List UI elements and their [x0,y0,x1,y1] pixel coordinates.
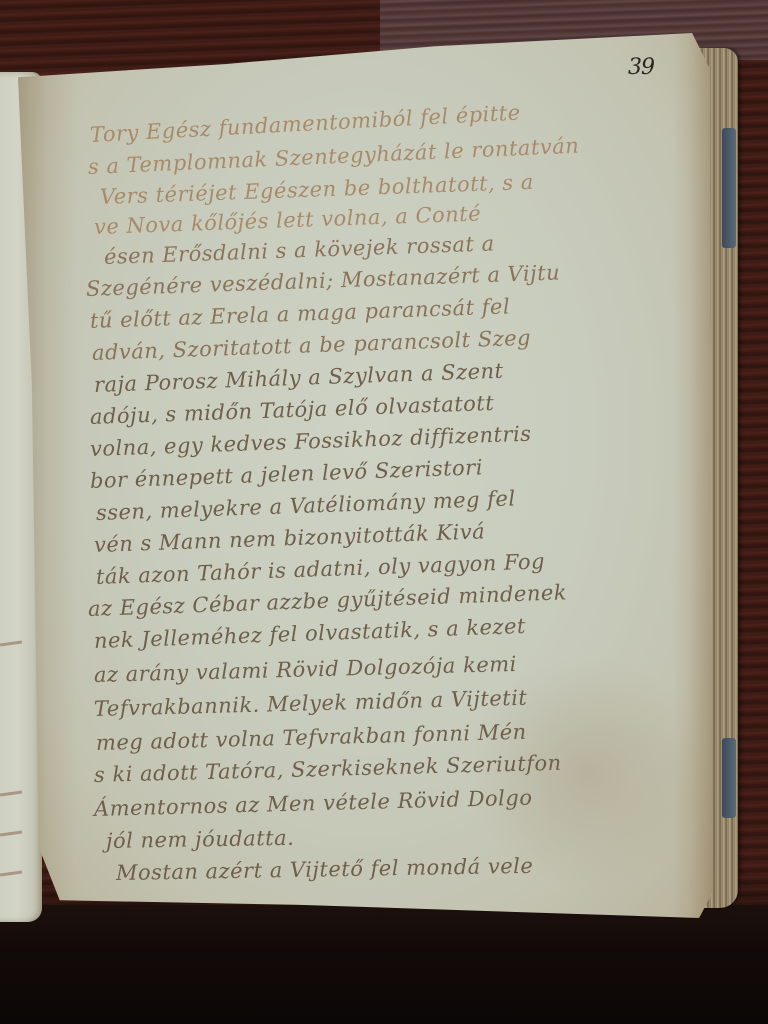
text-line: tű előtt az Erela a maga parancsát fel [90,296,511,332]
ink-mark [0,870,22,876]
manuscript-page: 39 Tory Egész fundamentomiból fel épitte… [18,33,713,918]
photo-scene: 39 Tory Egész fundamentomiból fel épitte… [0,0,768,1024]
text-line: ésen Erősdalni s a kövejek rossat a [104,233,495,268]
text-line: volna, egy kedves Fossikhoz diffizentris [90,424,532,460]
text-line: bor énnepett a jelen levő Szeristori [90,457,484,492]
ink-mark [0,830,22,836]
binding-cover [722,128,736,248]
text-line: adóju, s midőn Tatója elő olvastatott [90,393,495,428]
text-line: az arány valami Rövid Dolgozója kemi [94,654,517,686]
text-line: nek Jelleméhez fel olvastatik, s a kezet [94,616,527,652]
text-line: vén s Mann nem bizonyitották Kivá [94,521,486,556]
text-line: meg adott volna Tefvrakban fonni Mén [96,722,527,754]
text-line: Ámentornos az Men vétele Rövid Dolgo [94,788,533,820]
text-line: Tefvrakbannik. Melyek midőn a Vijtetit [94,688,528,720]
ink-mark [0,640,22,646]
page-number: 39 [628,55,654,80]
text-line: adván, Szoritatott a be parancsolt Szeg [92,328,532,364]
table-shadow [0,905,768,1024]
binding-cover [722,738,736,818]
text-line: ssen, melyekre a Vatéliomány meg fel [96,488,516,524]
ink-mark [0,790,22,796]
text-line: jól nem jóudatta. [106,828,295,852]
text-line: raja Porosz Mihály a Szylvan a Szent [94,361,504,396]
